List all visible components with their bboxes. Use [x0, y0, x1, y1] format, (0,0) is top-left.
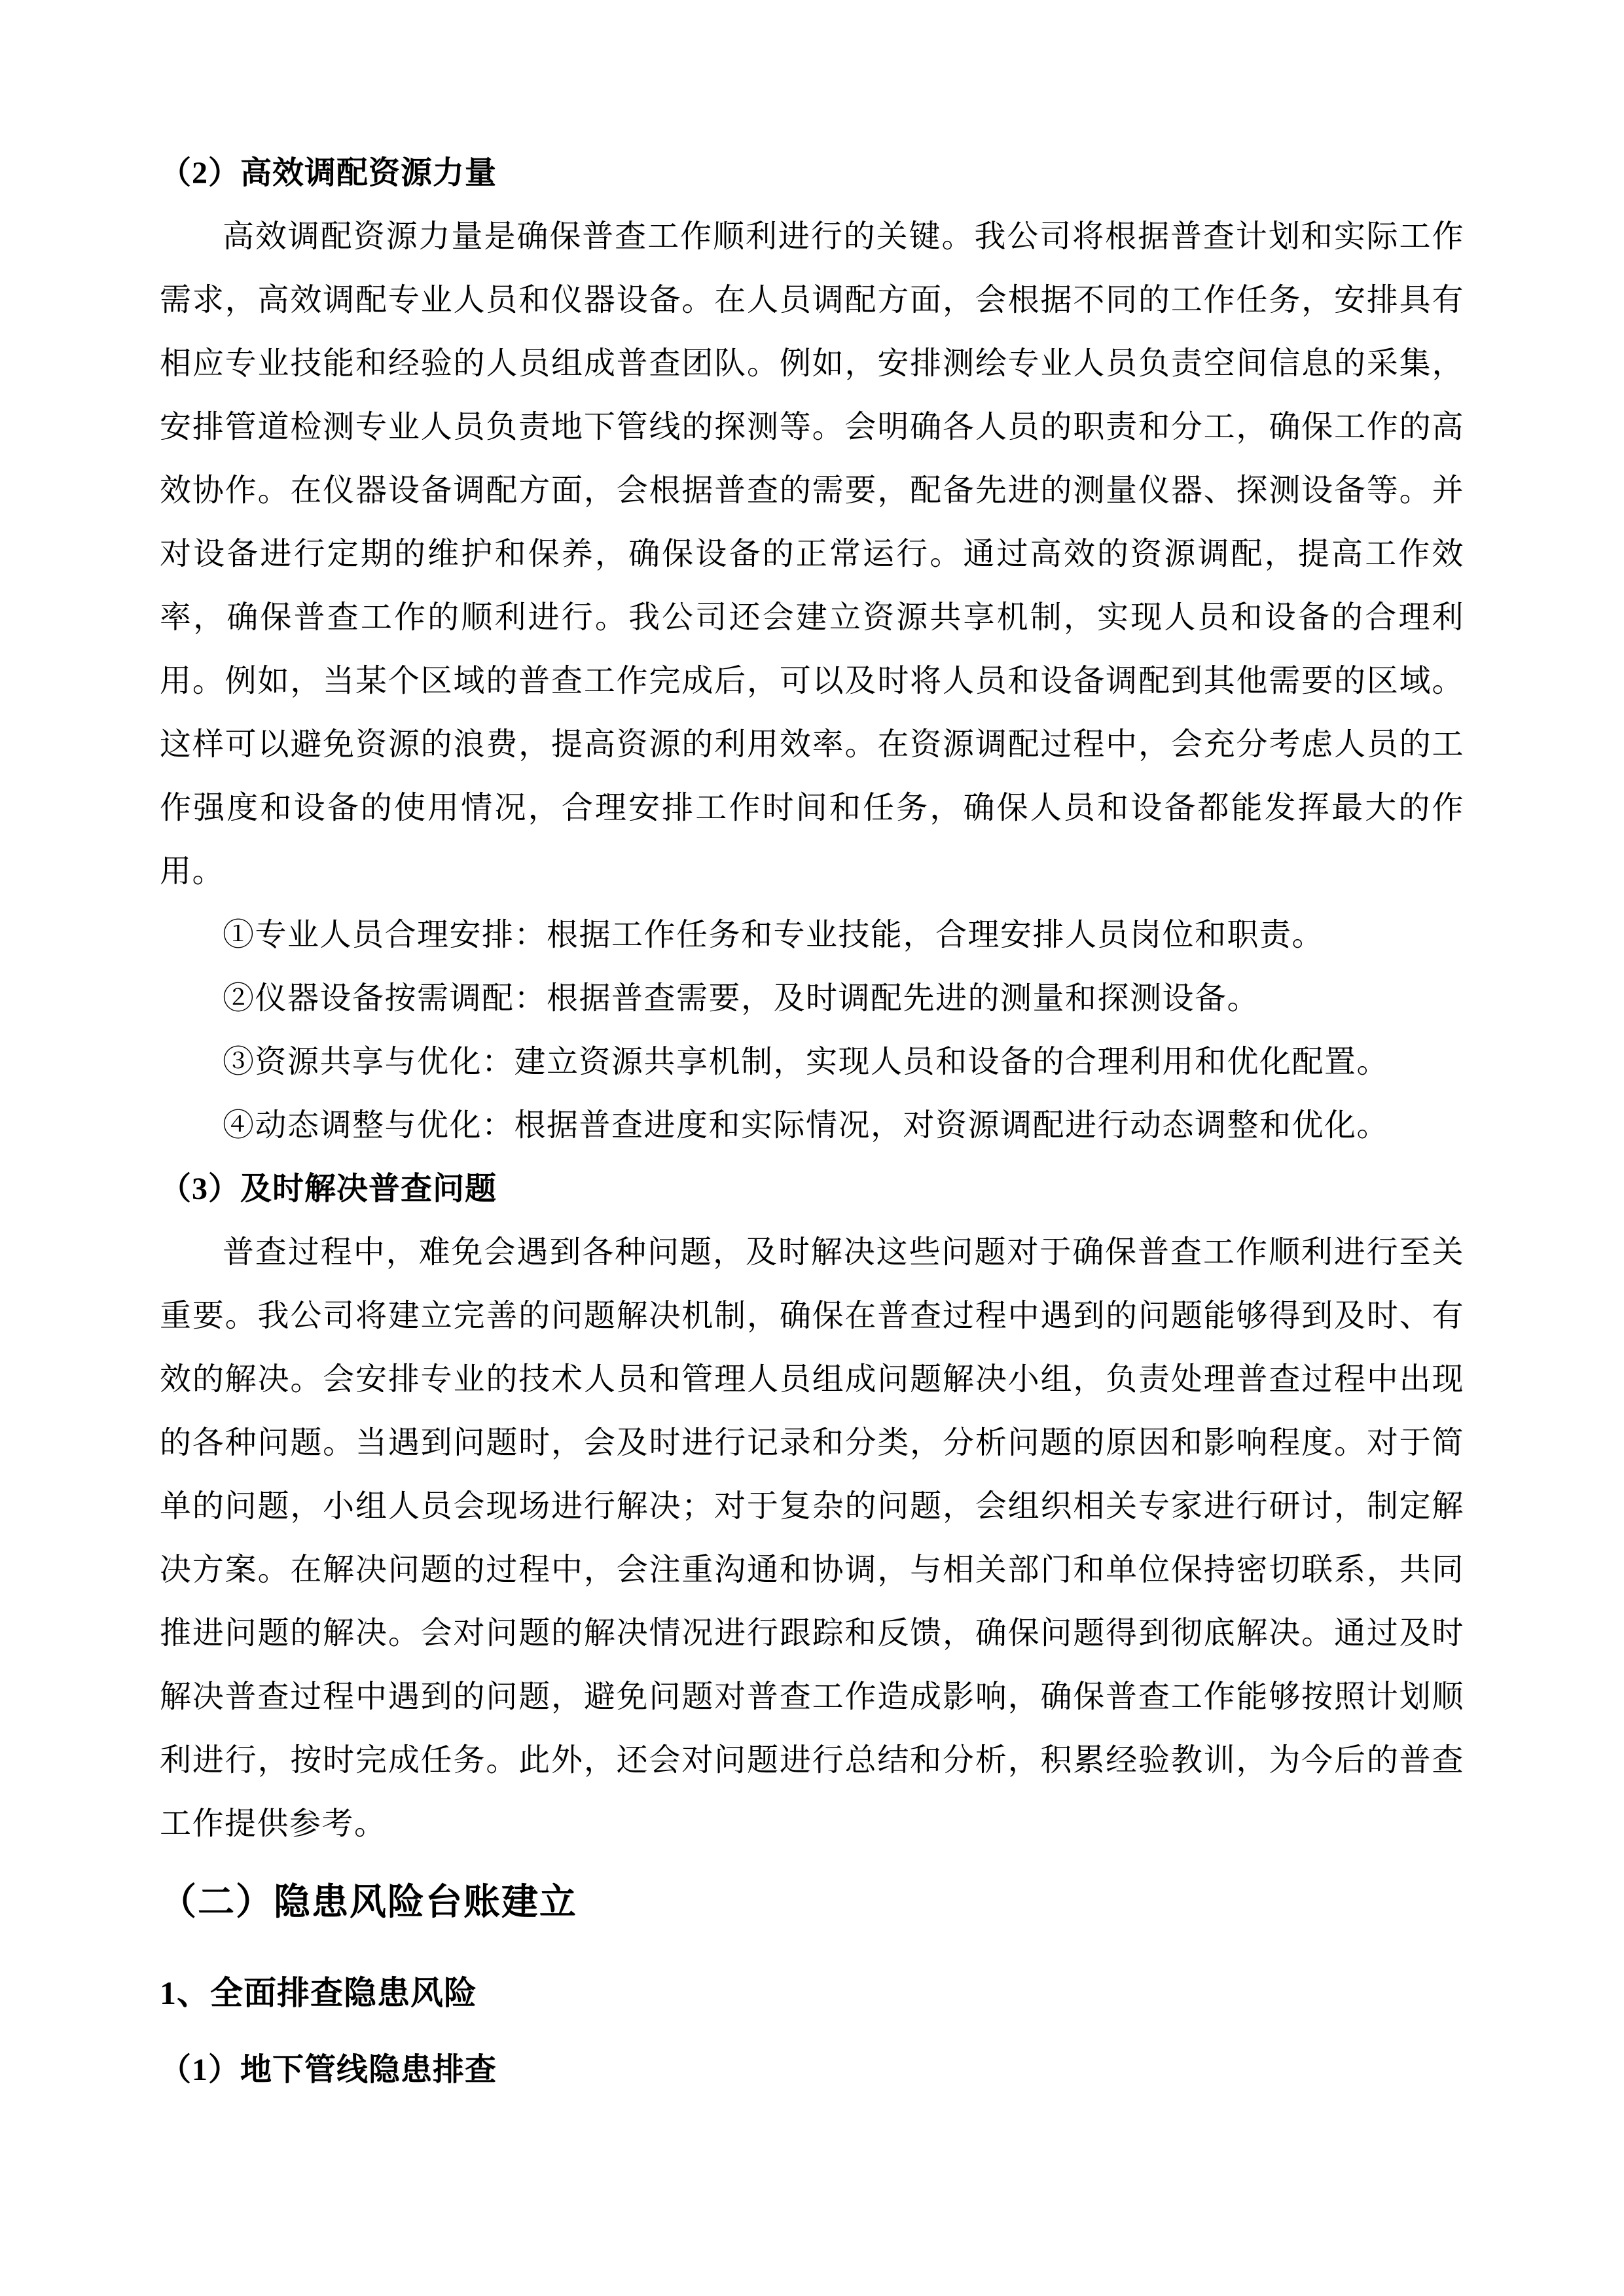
paragraph-problem-solving: 普查过程中，难免会遇到各种问题，及时解决这些问题对于确保普查工作顺利进行至关重要…: [160, 1221, 1464, 1856]
chapter-heading-risk-ledger: （二）隐患风险台账建立: [160, 1861, 1464, 1944]
list-item-resource-sharing: ③资源共享与优化：建立资源共享机制，实现人员和设备的合理利用和优化配置。: [160, 1030, 1464, 1094]
section-heading-2-resource-allocation: （2）高效调配资源力量: [160, 141, 1464, 205]
subsection-heading-pipeline-hazard: （1）地下管线隐患排查: [160, 2034, 1464, 2106]
subsection-heading-risk-screening: 1、全面排查隐患风险: [160, 1952, 1464, 2034]
list-item-personnel-arrangement: ①专业人员合理安排：根据工作任务和专业技能，合理安排人员岗位和职责。: [160, 903, 1464, 967]
paragraph-resource-allocation: 高效调配资源力量是确保普查工作顺利进行的关键。我公司将根据普查计划和实际工作需求…: [160, 205, 1464, 903]
list-item-dynamic-adjustment: ④动态调整与优化：根据普查进度和实际情况，对资源调配进行动态调整和优化。: [160, 1094, 1464, 1157]
list-item-equipment-allocation: ②仪器设备按需调配：根据普查需要，及时调配先进的测量和探测设备。: [160, 967, 1464, 1030]
section-heading-3-problem-solving: （3）及时解决普查问题: [160, 1157, 1464, 1221]
document-page: （2）高效调配资源力量 高效调配资源力量是确保普查工作顺利进行的关键。我公司将根…: [0, 0, 1624, 2296]
